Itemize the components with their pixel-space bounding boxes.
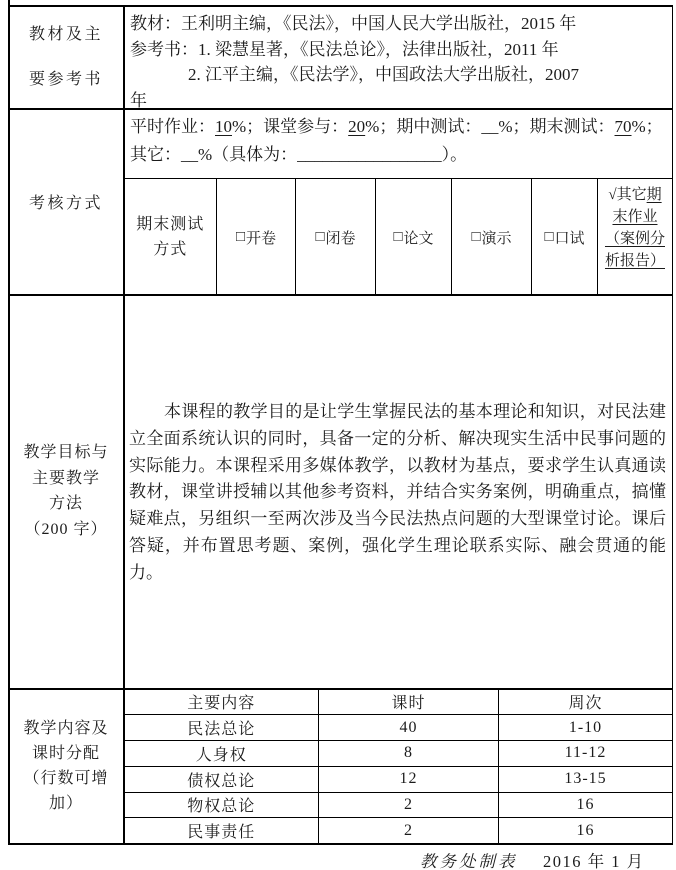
schedule-cell: 2 — [318, 818, 498, 843]
text-line: 教学目标与 — [23, 440, 108, 466]
text-line: 课时分配 — [32, 741, 100, 766]
schedule-header-cell: 周次 — [498, 690, 672, 715]
checkbox-glyph: □ — [471, 229, 480, 246]
checkbox-option-essay: □论文 — [375, 179, 451, 295]
checkbox-glyph: □ — [315, 229, 324, 246]
row-label-assessment: 考核方式 — [10, 108, 123, 294]
teaching-objectives-paragraph: 本课程的教学目的是让学生掌握民法的基本理论和知识，对民法建立全面系统认识的同时，… — [129, 399, 666, 587]
text-segment: √其它 — [608, 187, 646, 203]
final-test-method-subtable: 期末测试方式 □开卷 □闭卷 □论文 □演示 □口试 √其它期末作业（案例分析报… — [125, 178, 673, 295]
text-line: 年 — [130, 88, 668, 114]
checkbox-option-label: 论文 — [404, 227, 434, 248]
text-line: （行数可增 — [23, 766, 108, 791]
checkbox-glyph: □ — [393, 229, 402, 246]
border-line-bottom — [8, 843, 673, 845]
row-label-schedule: 教学内容及课时分配（行数可增加） — [10, 688, 123, 843]
underlined-text-segment: 10 — [215, 117, 232, 136]
text-line: 教材及主 — [29, 12, 103, 57]
text-line: 教材：王利明主编，《民法》，中国人民大学出版社，2015 年 — [130, 11, 668, 37]
grading-percentages-line: 平时作业：10%；课堂参与：20%；期中测试：__%；期末测试：70%；其它：_… — [130, 113, 670, 168]
text-segment: %；期中测试： — [365, 117, 481, 136]
course-schedule-table: 主要内容课时周次民法总论401-10人身权811-12债权总论1213-15物权… — [125, 690, 673, 844]
schedule-cell: 民法总论 — [125, 715, 319, 740]
textbook-reference-list: 教材：王利明主编，《民法》，中国人民大学出版社，2015 年参考书：1. 梁慧星… — [130, 11, 668, 113]
schedule-cell: 1-10 — [498, 715, 672, 740]
text-segment: %； — [632, 117, 663, 136]
row-label-textbooks: 教材及主要参考书 — [10, 5, 123, 108]
text-segment: %（具体为： — [198, 145, 297, 164]
text-segment: 平时作业： — [130, 117, 215, 136]
text-line: 加） — [49, 791, 83, 816]
row-label-objectives: 教学目标与主要教学方法（200 字） — [10, 294, 123, 688]
checkbox-option-closed-book: □闭卷 — [295, 179, 375, 295]
text-line: 方式 — [153, 237, 187, 262]
text-segment: %；课堂参与： — [232, 117, 348, 136]
schedule-row: 人身权811-12 — [125, 740, 673, 766]
schedule-cell: 16 — [498, 793, 672, 818]
schedule-cell: 12 — [318, 767, 498, 792]
text-segment: _________________ — [297, 145, 442, 164]
checkbox-option-label: 口试 — [555, 227, 585, 248]
text-segment: __ — [481, 117, 498, 136]
checkbox-option-label: 闭卷 — [326, 227, 356, 248]
text-line: 教学内容及 — [23, 716, 108, 741]
checkbox-glyph: □ — [236, 229, 245, 246]
checkbox-glyph: □ — [544, 229, 553, 246]
schedule-cell: 物权总论 — [125, 793, 319, 818]
schedule-cell: 40 — [318, 715, 498, 740]
schedule-header-cell: 课时 — [318, 690, 498, 715]
footer-issuer-text: 教务处制表 — [420, 848, 518, 870]
schedule-header-cell: 主要内容 — [125, 690, 319, 715]
final-test-method-label: 期末测试方式 — [125, 179, 217, 295]
schedule-row: 民法总论401-10 — [125, 714, 673, 740]
schedule-cell: 债权总论 — [125, 767, 319, 792]
schedule-row: 债权总论1213-15 — [125, 766, 673, 792]
schedule-header-row: 主要内容课时周次 — [125, 690, 673, 715]
text-line: 主要教学 — [32, 466, 100, 492]
text-line: （200 字） — [24, 517, 107, 543]
text-line: 方法 — [49, 491, 83, 517]
text-line: 要参考书 — [29, 57, 103, 102]
underlined-text-segment: 20 — [348, 117, 365, 136]
checkbox-option-label: 开卷 — [246, 227, 276, 248]
checkbox-option-label: 演示 — [482, 227, 512, 248]
schedule-row: 物权总论216 — [125, 792, 673, 818]
schedule-cell: 民事责任 — [125, 818, 319, 843]
schedule-cell: 16 — [498, 818, 672, 843]
text-line: 期末测试 — [136, 212, 204, 237]
underlined-text-segment: 70 — [615, 117, 632, 136]
text-segment: __ — [181, 145, 198, 164]
schedule-row: 民事责任216 — [125, 817, 673, 843]
text-segment: %；期末测试： — [498, 117, 614, 136]
schedule-cell: 2 — [318, 793, 498, 818]
text-segment: ）。 — [442, 145, 468, 164]
footer-date-text: 2016 年 1 月 — [543, 848, 645, 870]
text-line: 2. 江平主编，《民法学》，中国政法大学出版社，2007 — [130, 62, 668, 88]
schedule-cell: 人身权 — [125, 741, 319, 766]
text-line: 参考书：1. 梁慧星著，《民法总论》，法律出版社，2011 年 — [130, 37, 668, 63]
checkbox-option-other-checked: √其它期末作业（案例分析报告） — [597, 179, 672, 295]
checkbox-option-presentation: □演示 — [451, 179, 531, 295]
schedule-cell: 11-12 — [498, 741, 672, 766]
schedule-cell: 8 — [318, 741, 498, 766]
checkbox-option-open-book: □开卷 — [216, 179, 295, 295]
schedule-cell: 13-15 — [498, 767, 672, 792]
syllabus-document-page: 教材及主要参考书 教材：王利明主编，《民法》，中国人民大学出版社，2015 年参… — [0, 0, 676, 870]
text-segment: 其它： — [130, 145, 181, 164]
checkbox-option-oral: □口试 — [531, 179, 597, 295]
